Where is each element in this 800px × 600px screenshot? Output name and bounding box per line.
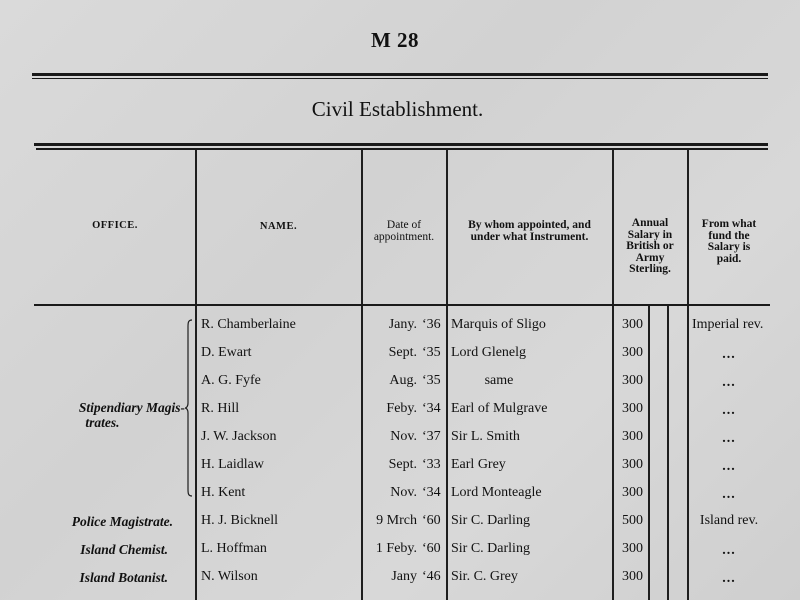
office-cell: Police Magistrate. [20,514,173,530]
header-double-rule-upper [34,143,768,146]
salary-cell: 300 [622,457,643,473]
salary-cell: 300 [622,429,643,445]
name-cell: J. W. Jackson [201,429,276,445]
appointer-cell: same [447,373,551,389]
name-cell: R. Chamberlaine [201,317,296,333]
fund-cell: ... [688,403,770,419]
name-cell: A. G. Fyfe [201,373,261,389]
office-cell: Island Botanist. [20,570,168,586]
date-year-cell: ‘33 [422,457,441,473]
salary-cell: 300 [622,541,643,557]
date-month-cell: Aug. [362,373,417,389]
date-year-cell: ‘46 [422,569,441,585]
date-year-cell: ‘34 [422,401,441,417]
fund-cell: ... [688,543,770,559]
date-month-cell: Nov. [362,485,417,501]
column-header-date: Date of appointment. [362,219,446,243]
top-double-rule-upper [32,73,768,76]
fund-cell: ... [688,431,770,447]
date-year-cell: ‘60 [422,541,441,557]
date-month-cell: Jany [362,569,417,585]
salary-cell: 300 [622,373,643,389]
column-divider-office-name [195,150,197,600]
appointer-cell: Marquis of Sligo [451,317,546,333]
date-year-cell: ‘35 [422,373,441,389]
column-header-fund: From what fund the Salary is paid. [688,219,770,265]
salary-cell: 500 [622,513,643,529]
date-month-cell: 9 Mrch [362,513,417,529]
appointer-cell: Lord Glenelg [451,345,526,361]
appointer-cell: Sir. C. Grey [451,569,518,585]
date-month-cell: 1 Feby. [362,541,417,557]
column-header-salary: Annual Salary in British or Army Sterlin… [613,218,687,276]
salary-subdivider-2 [667,306,669,600]
appointer-cell: Sir L. Smith [451,429,520,445]
name-cell: R. Hill [201,401,239,417]
date-year-cell: ‘35 [422,345,441,361]
appointer-cell: Earl of Mulgrave [451,401,547,417]
appointer-cell: Sir C. Darling [451,541,530,557]
fund-cell: Island rev. [688,513,770,529]
salary-cell: 300 [622,485,643,501]
header-bottom-rule [34,304,770,306]
salary-cell: 300 [622,345,643,361]
date-year-cell: ‘34 [422,485,441,501]
name-cell: H. Laidlaw [201,457,264,473]
appointer-cell: Earl Grey [451,457,506,473]
office-group-label: Stipendiary Magis- trates. [20,400,185,430]
group-brace-icon [185,319,193,497]
date-month-cell: Feby. [362,401,417,417]
page-identifier: M 28 [0,28,790,53]
name-cell: D. Ewart [201,345,252,361]
salary-subdivider-1 [648,306,650,600]
date-year-cell: ‘60 [422,513,441,529]
date-month-cell: Nov. [362,429,417,445]
column-header-name: NAME. [196,221,361,233]
appointer-cell: Sir C. Darling [451,513,530,529]
salary-cell: 300 [622,569,643,585]
fund-cell: ... [688,487,770,503]
document-page: M 28 Civil Establishment. OFFICE. NAME. … [0,0,800,600]
fund-cell: ... [688,347,770,363]
fund-cell: ... [688,571,770,587]
name-cell: H. J. Bicknell [201,513,278,529]
date-month-cell: Sept. [362,457,417,473]
date-year-cell: ‘36 [422,317,441,333]
top-double-rule-lower [32,78,768,80]
name-cell: N. Wilson [201,569,258,585]
header-double-rule-lower [36,148,768,150]
column-header-office: OFFICE. [40,220,190,232]
column-header-appointer: By whom appointed, and under what Instru… [447,219,612,243]
date-year-cell: ‘37 [422,429,441,445]
office-cell: Island Chemist. [20,542,168,558]
appointer-cell: Lord Monteagle [451,485,542,501]
page-title: Civil Establishment. [0,97,795,122]
name-cell: L. Hoffman [201,541,267,557]
date-month-cell: Sept. [362,345,417,361]
fund-cell: ... [688,459,770,475]
fund-cell: Imperial rev. [692,317,763,333]
name-cell: H. Kent [201,485,245,501]
fund-cell: ... [688,375,770,391]
date-month-cell: Jany. [362,317,417,333]
salary-cell: 300 [622,317,643,333]
salary-cell: 300 [622,401,643,417]
